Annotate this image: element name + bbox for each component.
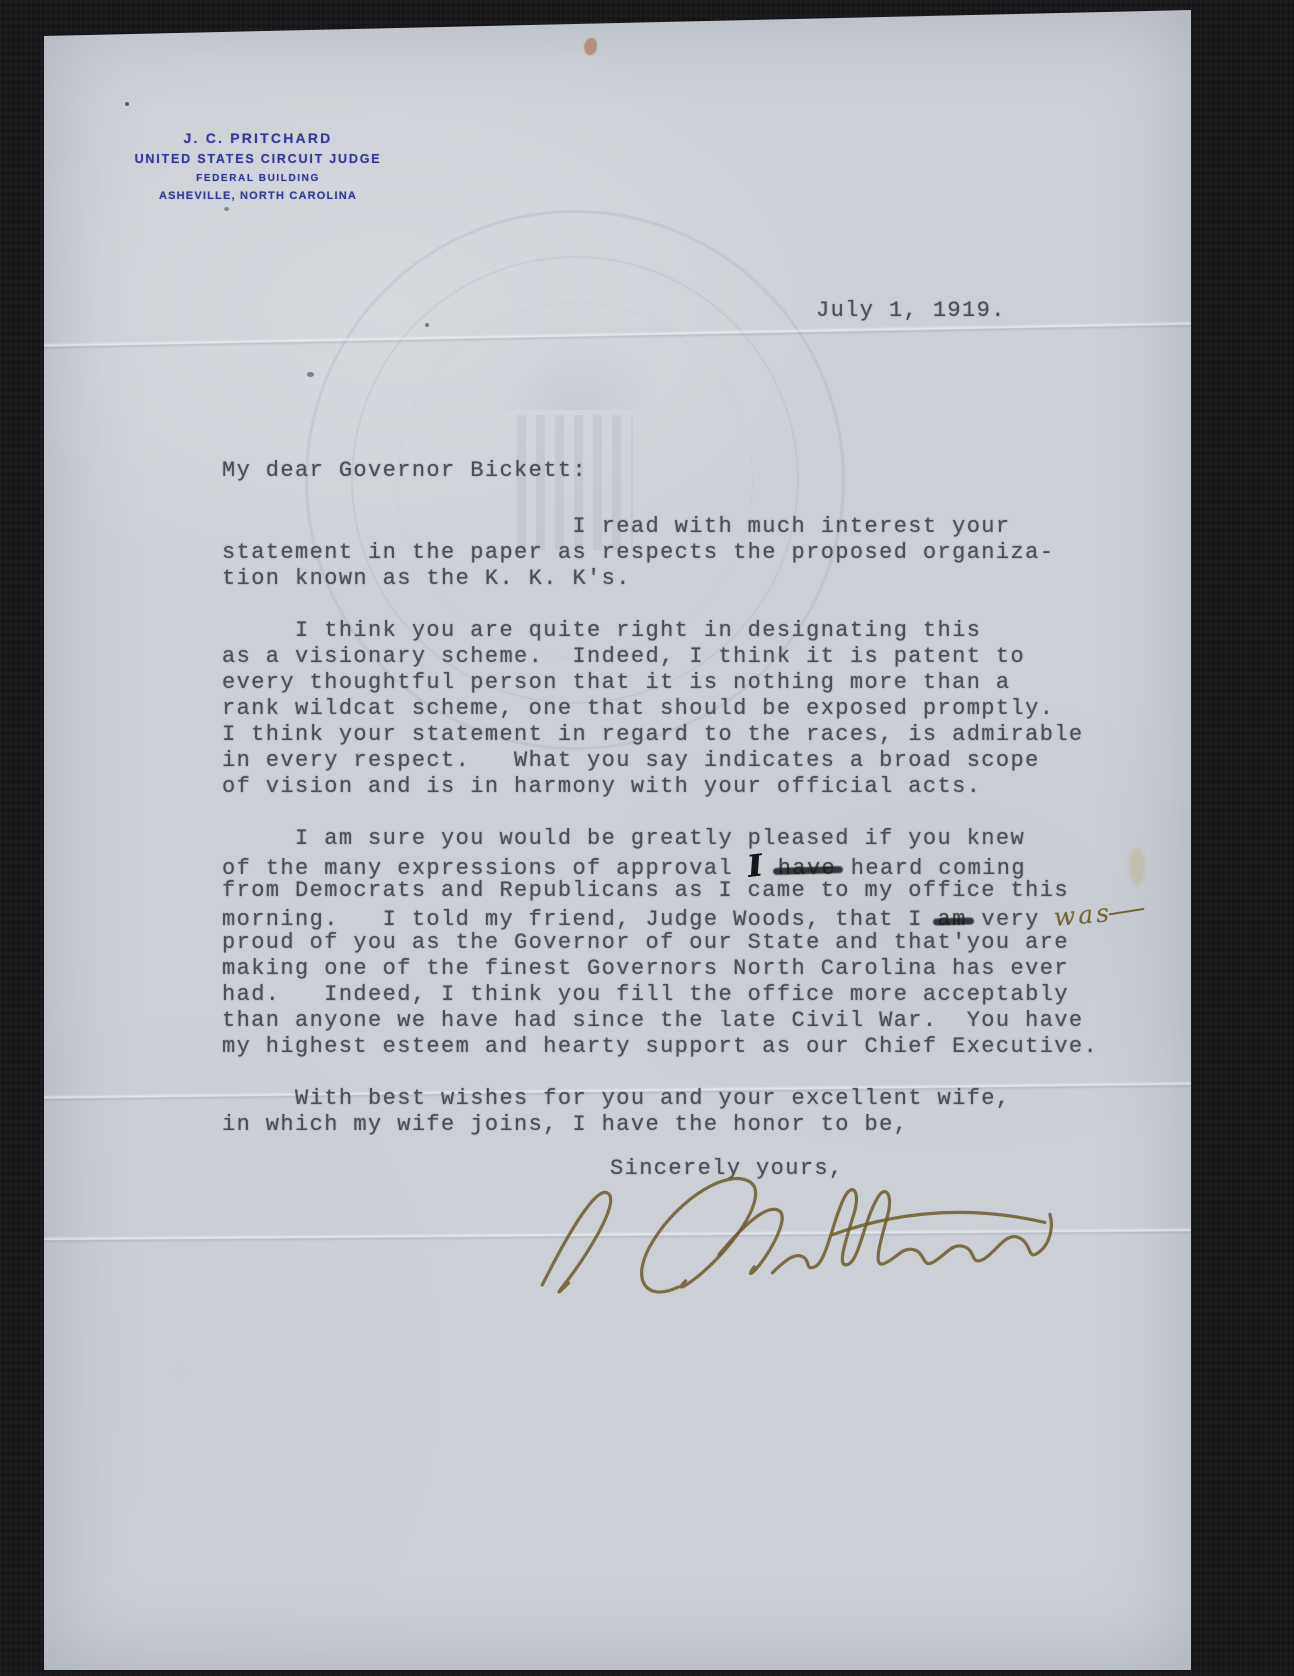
letter-body: My dear Governor Bickett: I read with mu…	[222, 458, 1146, 1164]
typed-text: I am sure you would be greatly pleased i…	[222, 826, 1025, 851]
paper-speck	[224, 207, 229, 211]
letterhead-title: UNITED STATES CIRCUIT JUDGE	[132, 152, 384, 166]
typed-text: I read with much interest your	[222, 514, 1011, 539]
typed-text: tion known as the K. K. K's.	[222, 566, 631, 591]
letterhead: J. C. PRITCHARD UNITED STATES CIRCUIT JU…	[132, 130, 384, 202]
struck-out-word: am	[938, 907, 967, 932]
salutation: My dear Governor Bickett:	[222, 458, 1146, 484]
typed-text: every thoughtful person that it is nothi…	[222, 670, 1011, 695]
typed-text: in which my wife joins, I have the honor…	[222, 1112, 908, 1137]
typed-text: my highest esteem and hearty support as …	[222, 1034, 1098, 1059]
struck-out-word: have	[778, 856, 836, 881]
typed-line: of the many expressions of approval I ha…	[222, 852, 1146, 878]
paper-speck	[307, 372, 314, 377]
typed-line: had. Indeed, I think you fill the office…	[222, 982, 1146, 1008]
rust-stain	[584, 38, 597, 55]
letterhead-name: J. C. PRITCHARD	[132, 130, 384, 146]
typed-text: in every respect. What you say indicates…	[222, 748, 1040, 773]
typed-line: With best wishes for you and your excell…	[222, 1086, 1146, 1112]
letter-date: July 1, 1919.	[816, 298, 1006, 323]
fold-crease-top	[32, 321, 1203, 350]
letterhead-location: ASHEVILLE, NORTH CAROLINA	[132, 190, 384, 202]
typed-text: from Democrats and Republicans as I came…	[222, 878, 1069, 903]
typed-text: rank wildcat scheme, one that should be …	[222, 696, 1054, 721]
typed-line: every thoughtful person that it is nothi…	[222, 670, 1146, 696]
typed-text: making one of the finest Governors North…	[222, 956, 1069, 981]
typed-line: I read with much interest your	[222, 514, 1146, 540]
paper-speck	[425, 323, 429, 327]
typed-text: than anyone we have had since the late C…	[222, 1008, 1084, 1033]
typed-line: than anyone we have had since the late C…	[222, 1008, 1146, 1034]
typed-text: proud of you as the Governor of our Stat…	[222, 930, 1069, 955]
typed-line: my highest esteem and hearty support as …	[222, 1034, 1146, 1060]
typed-line: morning. I told my friend, Judge Woods, …	[222, 904, 1146, 930]
typed-line: tion known as the K. K. K's.	[222, 566, 1146, 592]
seal-crest-shell	[495, 330, 655, 410]
typed-line: from Democrats and Republicans as I came…	[222, 878, 1146, 904]
typed-line: of vision and is in harmony with your of…	[222, 774, 1146, 800]
letter-page: J. C. PRITCHARD UNITED STATES CIRCUIT JU…	[44, 10, 1191, 1670]
typed-text: morning. I told my friend, Judge Woods, …	[222, 907, 938, 932]
handwritten-correction: was	[1053, 897, 1146, 931]
paper-speck	[125, 102, 129, 106]
typed-text: as a visionary scheme. Indeed, I think i…	[222, 644, 1025, 669]
typed-text: With best wishes for you and your excell…	[222, 1086, 1011, 1111]
paragraph: With best wishes for you and your excell…	[222, 1086, 1146, 1138]
typed-line: in which my wife joins, I have the honor…	[222, 1112, 1146, 1138]
typed-line: as a visionary scheme. Indeed, I think i…	[222, 644, 1146, 670]
typed-line: I am sure you would be greatly pleased i…	[222, 826, 1146, 852]
typed-line: statement in the paper as respects the p…	[222, 540, 1146, 566]
signature	[512, 1152, 1057, 1317]
typed-line: in every respect. What you say indicates…	[222, 748, 1146, 774]
typed-line: rank wildcat scheme, one that should be …	[222, 696, 1146, 722]
typed-line: I think you are quite right in designati…	[222, 618, 1146, 644]
typed-text: I think your statement in regard to the …	[222, 722, 1084, 747]
typed-line: making one of the finest Governors North…	[222, 956, 1146, 982]
typed-text: of vision and is in harmony with your of…	[222, 774, 981, 799]
typed-text: had. Indeed, I think you fill the office…	[222, 982, 1069, 1007]
paragraph: I read with much interest yourstatement …	[222, 514, 1146, 592]
typed-text: I think you are quite right in designati…	[222, 618, 981, 643]
typed-text: statement in the paper as respects the p…	[222, 540, 1054, 565]
paragraph: I think you are quite right in designati…	[222, 618, 1146, 800]
pen-overwritten-letter: I	[746, 853, 764, 881]
typed-text: very	[967, 907, 1055, 932]
typed-line: proud of you as the Governor of our Stat…	[222, 930, 1146, 956]
letterhead-building: FEDERAL BUILDING	[132, 173, 384, 184]
typed-line: I think your statement in regard to the …	[222, 722, 1146, 748]
signature-strokes	[512, 1152, 1057, 1317]
paragraph: I am sure you would be greatly pleased i…	[222, 826, 1146, 1060]
